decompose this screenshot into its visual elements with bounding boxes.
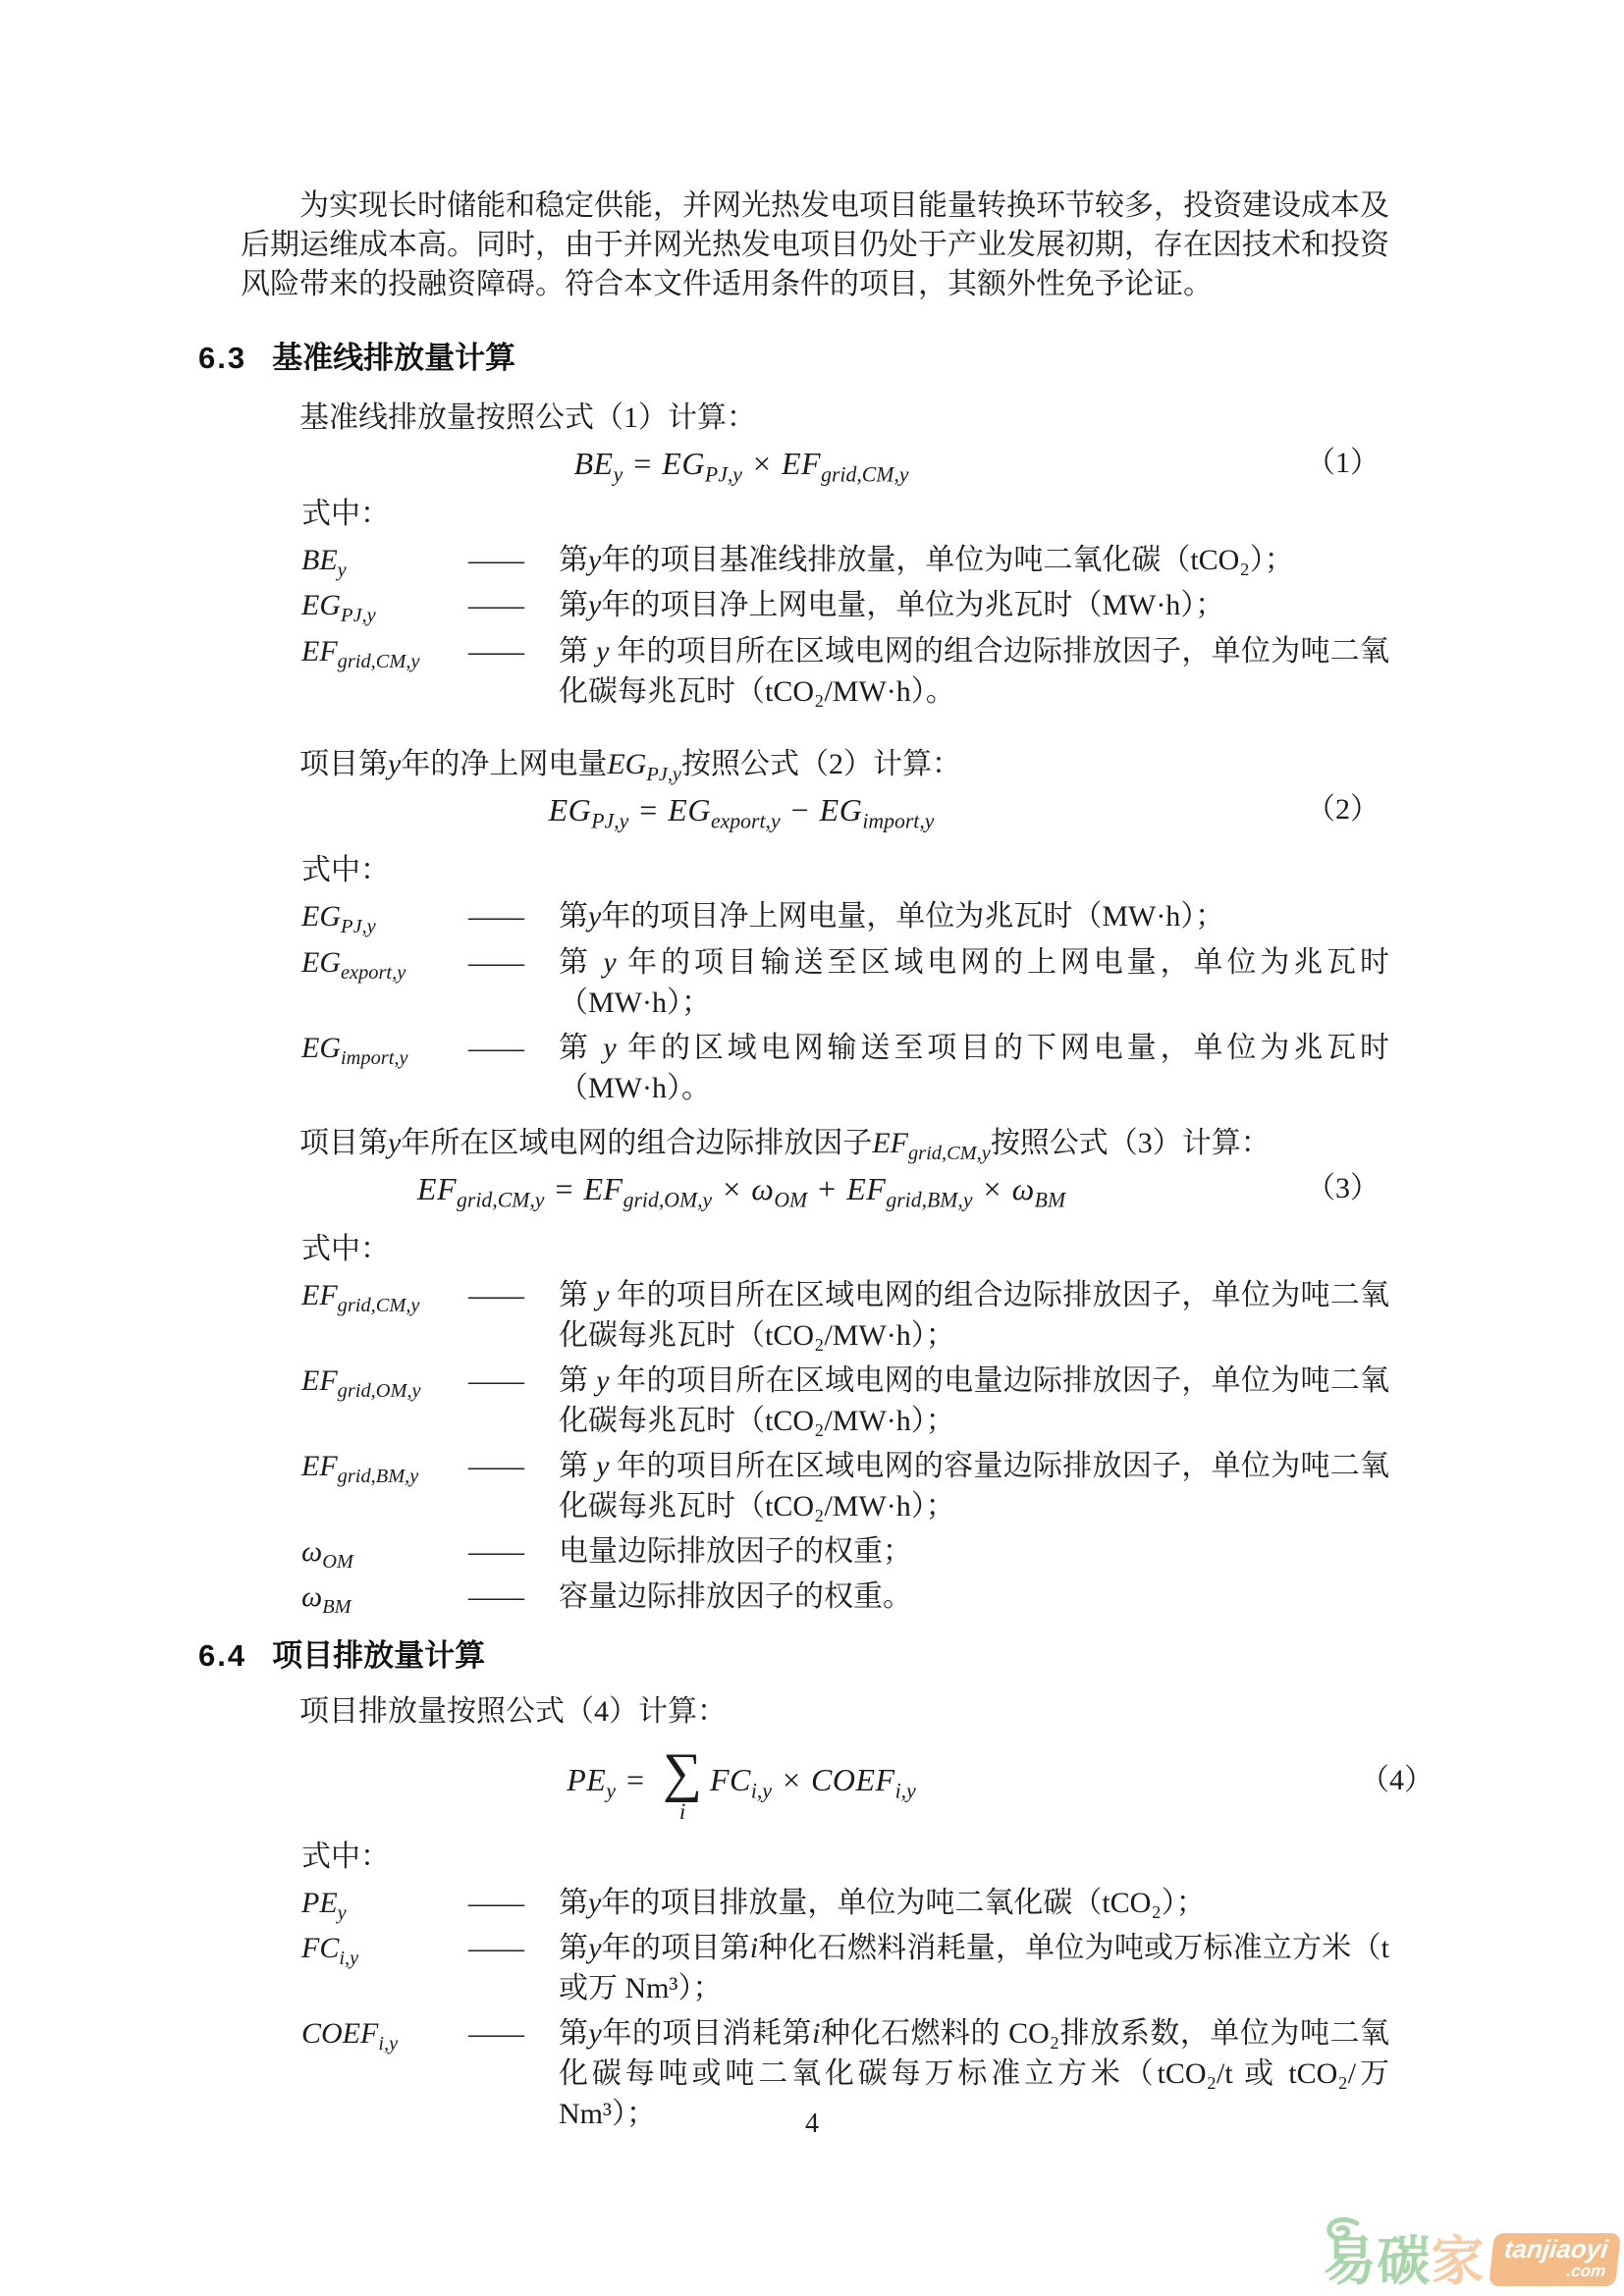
definition-symbol: EFgrid,BM,y	[301, 1446, 468, 1486]
definitions-list: PEy——第y年的项目排放量，单位为吨二氧化碳（tCO₂）；FCi,y——第y年…	[301, 1883, 1389, 2134]
definition-description: 第 y 年的项目所在区域电网的容量边际排放因子，单位为吨二氧化碳每兆瓦时（tCO…	[559, 1446, 1389, 1526]
definitions-list: BEy——第y年的项目基准线排放量，单位为吨二氧化碳（tCO₂）；EGPJ,y—…	[301, 540, 1389, 712]
summation-symbol: ∑i	[663, 1747, 702, 1824]
definition-dash: ——	[468, 585, 559, 625]
equation-3-number: （3）	[1306, 1165, 1380, 1212]
equation-4-expression: PEy=∑iFCi,y×COEFi,y	[567, 1762, 915, 1797]
definition-row: ωBM——容量边际排放因子的权重。	[301, 1576, 1389, 1617]
definition-row: EFgrid,BM,y——第 y 年的项目所在区域电网的容量边际排放因子，单位为…	[301, 1446, 1389, 1526]
definition-description: 第y年的项目净上网电量，单位为兆瓦时（MW·h）；	[559, 585, 1389, 625]
definition-symbol: ωOM	[301, 1531, 468, 1572]
definition-row: EFgrid,CM,y——第 y 年的项目所在区域电网的组合边际排放因子，单位为…	[301, 631, 1389, 712]
definition-description: 第y年的项目排放量，单位为吨二氧化碳（tCO₂）；	[559, 1883, 1389, 1923]
definition-description: 容量边际排放因子的权重。	[559, 1576, 1389, 1617]
equation-4-intro: 项目排放量按照公式（4）计算：	[241, 1692, 1389, 1732]
definition-dash: ——	[468, 896, 559, 936]
definition-dash: ——	[468, 1531, 559, 1572]
definition-row: FCi,y——第y年的项目第i种化石燃料消耗量，单位为吨或万标准立方米（t 或万…	[301, 1928, 1389, 2008]
definition-symbol: EGimport,y	[301, 1028, 468, 1068]
equation-3: EFgrid,CM,y=EFgrid,OM,y×ωOM+EFgrid,BM,y×…	[241, 1165, 1389, 1212]
definition-dash: ——	[468, 1275, 559, 1315]
definition-description: 电量边际排放因子的权重；	[559, 1531, 1389, 1572]
definition-symbol: EGPJ,y	[301, 585, 468, 625]
definition-dash: ——	[468, 1928, 559, 1968]
equation-3-intro: 项目第y年所在区域电网的组合边际排放因子EFgrid,CM,y按照公式（3）计算…	[241, 1124, 1389, 1163]
definition-dash: ——	[468, 1576, 559, 1617]
definition-row: EFgrid,CM,y——第 y 年的项目所在区域电网的组合边际排放因子，单位为…	[301, 1275, 1389, 1356]
definition-row: EFgrid,OM,y——第 y 年的项目所在区域电网的电量边际排放因子，单位为…	[301, 1361, 1389, 1441]
where-label: 式中：	[301, 851, 1389, 890]
equation-1: BEy=EGPJ,y×EFgrid,CM,y （1）	[241, 440, 1389, 487]
definition-dash: ——	[468, 540, 559, 580]
definition-description: 第 y 年的区域电网输送至项目的下网电量，单位为兆瓦时（MW·h）。	[559, 1028, 1389, 1108]
equation-2-number: （2）	[1306, 786, 1380, 833]
section-title: 项目排放量计算	[272, 1638, 485, 1673]
definition-dash: ——	[468, 1028, 559, 1068]
document-content: 为实现长时储能和稳定供能，并网光热发电项目能量转换环节较多，投资建设成本及后期运…	[241, 0, 1389, 2139]
definition-dash: ——	[468, 631, 559, 671]
equation-1-intro: 基准线排放量按照公式（1）计算：	[241, 399, 1389, 438]
section-6-4-heading: 6.4项目排放量计算	[198, 1635, 1389, 1677]
swirl-icon	[1322, 2217, 1363, 2247]
definition-row: ωOM——电量边际排放因子的权重；	[301, 1531, 1389, 1572]
page: 为实现长时储能和稳定供能，并网光热发电项目能量转换环节较多，投资建设成本及后期运…	[0, 0, 1624, 2296]
definition-symbol: EFgrid,OM,y	[301, 1361, 468, 1401]
watermark-logo: 易碳家	[1324, 2233, 1486, 2290]
definitions-list: EGPJ,y——第y年的项目净上网电量，单位为兆瓦时（MW·h）；EGexpor…	[301, 896, 1389, 1107]
definition-description: 第 y 年的项目输送至区域电网的上网电量，单位为兆瓦时（MW·h）；	[559, 942, 1389, 1023]
where-label: 式中：	[301, 1838, 1389, 1877]
section-number: 6.3	[198, 341, 246, 375]
where-label: 式中：	[301, 495, 1389, 534]
definition-row: EGPJ,y——第y年的项目净上网电量，单位为兆瓦时（MW·h）；	[301, 896, 1389, 936]
definition-symbol: EGPJ,y	[301, 896, 468, 936]
watermark-logo-orange: 家	[1432, 2232, 1486, 2291]
definition-dash: ——	[468, 1446, 559, 1486]
equation-2: EGPJ,y=EGexport,y−EGimport,y （2）	[241, 786, 1389, 833]
equation-1-number: （1）	[1306, 440, 1380, 487]
definition-symbol: EFgrid,CM,y	[301, 1275, 468, 1315]
equation-2-intro: 项目第y年的净上网电量EGPJ,y按照公式（2）计算：	[241, 745, 1389, 784]
watermark: 易碳家 tanjiaoyi .com	[1324, 2233, 1618, 2290]
section-6-3-heading: 6.3基准线排放量计算	[198, 338, 1389, 379]
page-number: 4	[0, 2109, 1624, 2140]
definition-dash: ——	[468, 2013, 559, 2054]
watermark-badge-domain: .com	[1565, 2262, 1606, 2280]
equation-4: PEy=∑iFCi,y×COEFi,y （4）	[241, 1734, 1389, 1828]
definitions-list: EFgrid,CM,y——第 y 年的项目所在区域电网的组合边际排放因子，单位为…	[301, 1275, 1389, 1618]
equation-2-expression: EGPJ,y=EGexport,y−EGimport,y	[549, 792, 935, 828]
equation-3-expression: EFgrid,CM,y=EFgrid,OM,y×ωOM+EFgrid,BM,y×…	[417, 1171, 1065, 1206]
definition-row: EGimport,y——第 y 年的区域电网输送至项目的下网电量，单位为兆瓦时（…	[301, 1028, 1389, 1108]
definition-symbol: ωBM	[301, 1576, 468, 1617]
where-label: 式中：	[301, 1230, 1389, 1269]
definition-symbol: BEy	[301, 540, 468, 580]
definition-symbol: FCi,y	[301, 1928, 468, 1968]
definition-dash: ——	[468, 1883, 559, 1923]
equation-1-expression: BEy=EGPJ,y×EFgrid,CM,y	[573, 446, 908, 481]
watermark-badge: tanjiaoyi .com	[1489, 2233, 1621, 2286]
definition-description: 第 y 年的项目所在区域电网的组合边际排放因子，单位为吨二氧化碳每兆瓦时（tCO…	[559, 1275, 1389, 1356]
main-paragraph: 为实现长时储能和稳定供能，并网光热发电项目能量转换环节较多，投资建设成本及后期运…	[241, 187, 1389, 304]
definition-dash: ——	[468, 1361, 559, 1401]
definition-row: BEy——第y年的项目基准线排放量，单位为吨二氧化碳（tCO₂）；	[301, 540, 1389, 580]
section-title: 基准线排放量计算	[272, 341, 515, 375]
definition-symbol: PEy	[301, 1883, 468, 1923]
definition-row: EGPJ,y——第y年的项目净上网电量，单位为兆瓦时（MW·h）；	[301, 585, 1389, 625]
definition-symbol: COEFi,y	[301, 2013, 468, 2054]
watermark-badge-name: tanjiaoyi	[1502, 2234, 1609, 2264]
equation-4-number: （4）	[1360, 1735, 1434, 1827]
definition-description: 第 y 年的项目所在区域电网的组合边际排放因子，单位为吨二氧化碳每兆瓦时（tCO…	[559, 631, 1389, 712]
section-number: 6.4	[198, 1638, 246, 1673]
definition-symbol: EFgrid,CM,y	[301, 631, 468, 671]
definition-description: 第y年的项目净上网电量，单位为兆瓦时（MW·h）；	[559, 896, 1389, 936]
definition-description: 第y年的项目第i种化石燃料消耗量，单位为吨或万标准立方米（t 或万 Nm³）；	[559, 1928, 1389, 2008]
definition-symbol: EGexport,y	[301, 942, 468, 983]
definition-description: 第y年的项目基准线排放量，单位为吨二氧化碳（tCO₂）；	[559, 540, 1389, 580]
definition-row: EGexport,y——第 y 年的项目输送至区域电网的上网电量，单位为兆瓦时（…	[301, 942, 1389, 1023]
definition-dash: ——	[468, 942, 559, 983]
definition-row: PEy——第y年的项目排放量，单位为吨二氧化碳（tCO₂）；	[301, 1883, 1389, 1923]
definition-description: 第 y 年的项目所在区域电网的电量边际排放因子，单位为吨二氧化碳每兆瓦时（tCO…	[559, 1361, 1389, 1441]
